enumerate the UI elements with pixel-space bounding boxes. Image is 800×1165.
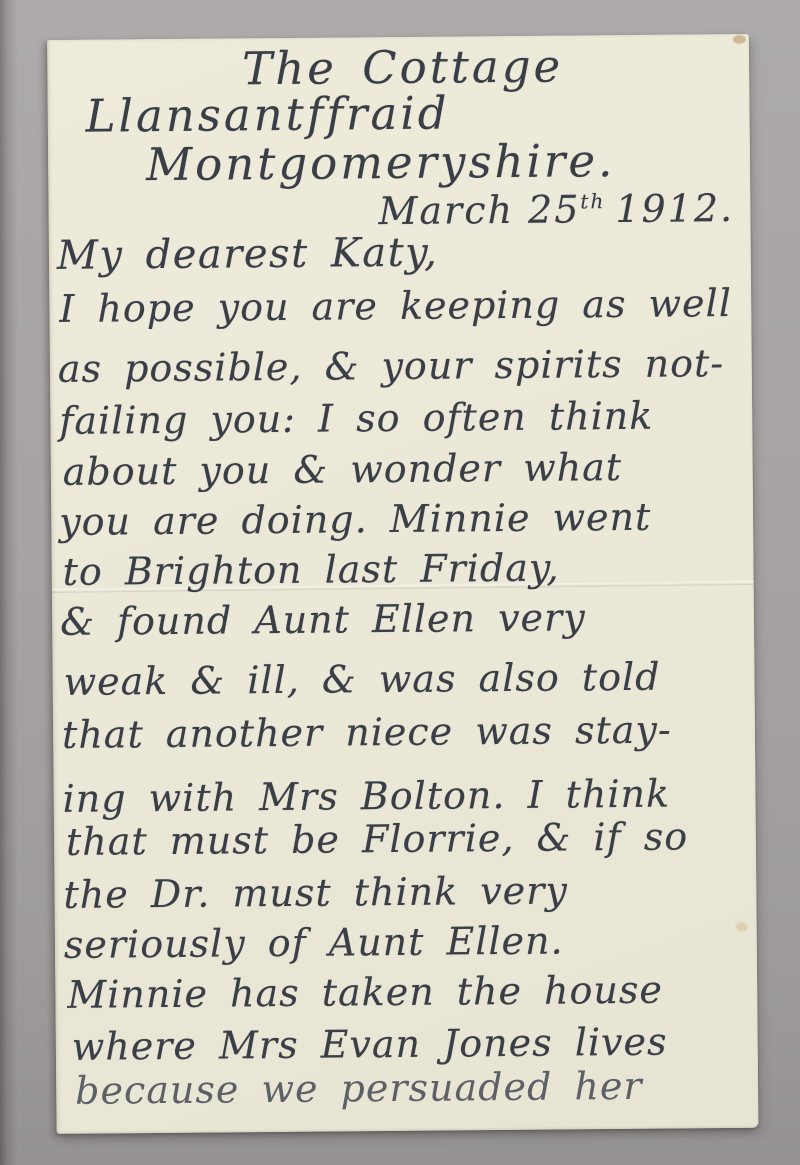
edge-stain (736, 922, 748, 932)
body-line: & found Aunt Ellen very (60, 598, 586, 641)
body-line: about you & wonder what (63, 448, 623, 491)
date-ordinal: th (580, 189, 605, 213)
body-line: where Mrs Evan Jones lives (72, 1023, 668, 1066)
body-line: you are doing. Minnie went (59, 498, 651, 541)
heading-line-county: Montgomeryshire. (146, 138, 616, 187)
body-line: as possible, & your spirits not- (58, 344, 725, 388)
date-line: March 25th1912. (378, 189, 734, 230)
photo-background: The Cottage Llansantffraid Montgomeryshi… (0, 0, 800, 1165)
body-line: that must be Florrie, & if so (66, 817, 688, 860)
date-day: March 25 (378, 187, 580, 233)
body-line: because we persuaded her (75, 1067, 643, 1110)
corner-stain (733, 35, 746, 44)
body-line: Minnie has taken the house (67, 971, 663, 1014)
body-line: I hope you are keeping as well (59, 284, 732, 328)
body-line: that another niece was stay- (62, 711, 672, 754)
letter-paper: The Cottage Llansantffraid Montgomeryshi… (47, 34, 759, 1134)
salutation-line: My dearest Katy, (57, 233, 439, 276)
body-line: the Dr. must think very (63, 871, 568, 913)
date-year: 1912. (615, 186, 734, 231)
body-line: to Brighton last Friday, (62, 549, 559, 591)
body-line: weak & ill, & was also told (63, 658, 660, 701)
heading-line-village: Llansantffraid (85, 90, 449, 138)
body-line: ing with Mrs Bolton. I think (62, 775, 670, 818)
heading-line-cottage: The Cottage (242, 43, 563, 91)
body-line: seriously of Aunt Ellen. (64, 922, 564, 964)
body-line: failing you: I so often think (59, 397, 653, 440)
